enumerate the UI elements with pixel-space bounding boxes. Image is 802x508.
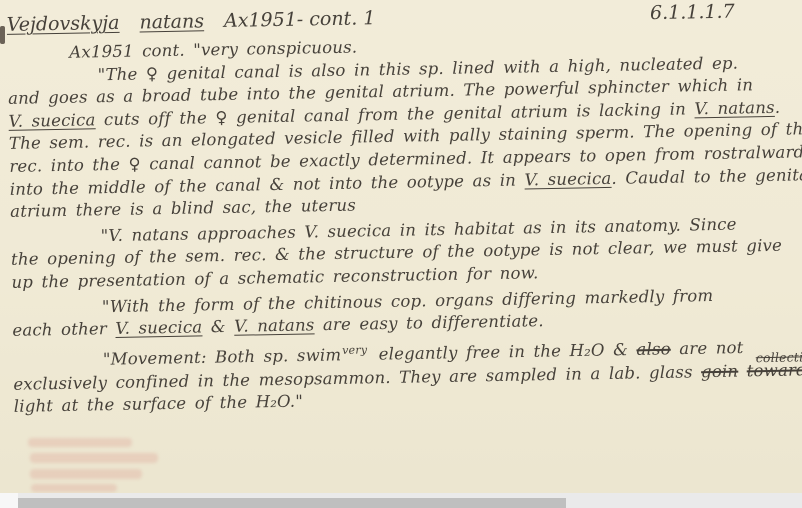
- text-segment: are not: [671, 338, 744, 358]
- text-segment: V. natans: [234, 315, 315, 335]
- scanner-edge-corner: [0, 493, 18, 508]
- text-segment: V. natans: [694, 98, 775, 118]
- inserted-note: collecti-count—: [756, 349, 802, 366]
- text-segment: V. suecica: [115, 318, 202, 339]
- text-segment: V. suecica: [524, 168, 611, 189]
- ink-bleedthrough-mark: [30, 469, 142, 479]
- text-segment: are easy to differentiate.: [314, 311, 544, 334]
- text-segment: goin: [701, 361, 739, 381]
- text-segment: .: [775, 98, 781, 117]
- species-name: natans: [139, 10, 204, 33]
- text-segment: V. suecica: [8, 110, 95, 131]
- index-card-scan: Vejdovskyja natans Ax1951- cont. 1 6.1.1…: [0, 0, 802, 508]
- text-segment: light at the surface of the H₂O.": [14, 392, 304, 416]
- catalog-number: 6.1.1.1.7: [650, 1, 735, 25]
- text-segment: &: [202, 317, 234, 337]
- reference-citation: Ax1951- cont. 1: [224, 7, 376, 32]
- card-title: Vejdovskyja natans Ax1951- cont. 1: [7, 7, 390, 36]
- genus-name: Vejdovskyja: [7, 12, 120, 36]
- scanner-edge-shadow: [18, 498, 566, 508]
- ink-bleedthrough-mark: [28, 438, 132, 447]
- text-segment: very: [342, 343, 367, 356]
- text-segment: Ax1951 cont. "very conspicuous.: [69, 38, 357, 62]
- ink-bleedthrough-mark: [31, 484, 117, 492]
- text-segment: each other: [12, 319, 115, 340]
- handwriting-layer: Vejdovskyja natans Ax1951- cont. 1 6.1.1…: [0, 0, 798, 419]
- text-segment: . Caudal to the genital: [611, 165, 802, 188]
- text-segment: atrium there is a blind sac, the uterus: [10, 196, 356, 221]
- ink-bleedthrough-mark: [30, 453, 158, 463]
- text-segment: "Movement: Both sp. swim: [103, 345, 342, 368]
- text-segment: elegantly free in the H₂O &: [370, 340, 637, 364]
- text-segment: also: [636, 339, 671, 359]
- scanner-edge-strip: [0, 493, 802, 508]
